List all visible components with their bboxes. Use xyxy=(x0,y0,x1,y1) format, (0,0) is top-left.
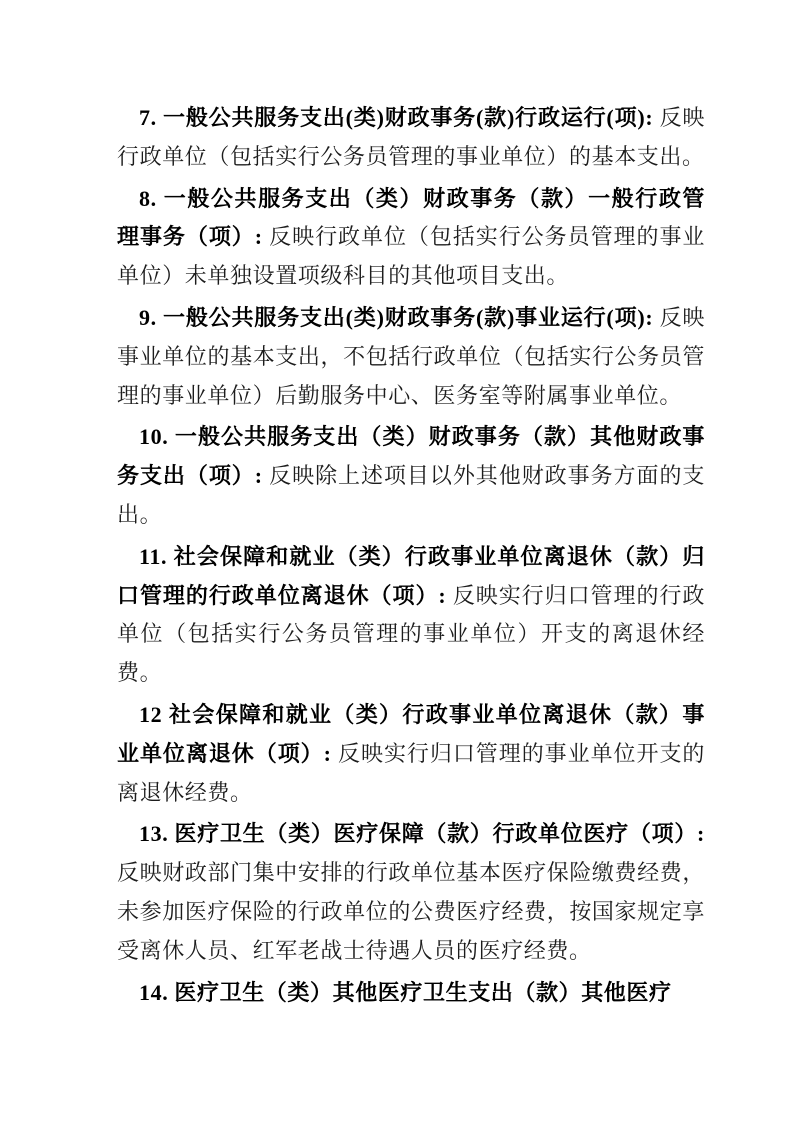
clause-description: 反映财政部门集中安排的行政单位基本医疗保险缴费经费，未参加医疗保险的行政单位的公… xyxy=(117,860,705,963)
budget-clause-paragraph: 9. 一般公共服务支出(类)财政事务(款)事业运行(项): 反映事业单位的基本支… xyxy=(117,299,705,415)
clause-heading: 14. 医疗卫生（类）其他医疗卫生支出（款）其他医疗 xyxy=(139,980,672,1005)
budget-clause-paragraph: 12 社会保障和就业（类）行政事业单位离退休（款）事业单位离退休（项）: 反映实… xyxy=(117,696,705,812)
clause-heading: 9. 一般公共服务支出(类)财政事务(款)事业运行(项): xyxy=(139,305,653,330)
budget-clause-paragraph: 11. 社会保障和就业（类）行政事业单位离退休（款）归口管理的行政单位离退休（项… xyxy=(117,538,705,693)
budget-clause-paragraph: 8. 一般公共服务支出（类）财政事务（款）一般行政管理事务（项）: 反映行政单位… xyxy=(117,180,705,296)
budget-clause-paragraph: 14. 医疗卫生（类）其他医疗卫生支出（款）其他医疗 xyxy=(117,974,705,1013)
document-page: 7. 一般公共服务支出(类)财政事务(款)行政运行(项): 反映行政单位（包括实… xyxy=(0,0,793,1122)
clause-heading: 7. 一般公共服务支出(类)财政事务(款)行政运行(项): xyxy=(139,105,653,130)
budget-clause-paragraph: 7. 一般公共服务支出(类)财政事务(款)行政运行(项): 反映行政单位（包括实… xyxy=(117,99,705,177)
clause-heading: 13. 医疗卫生（类）医疗保障（款）行政单位医疗（项）: xyxy=(139,821,705,846)
budget-clause-paragraph: 10. 一般公共服务支出（类）财政事务（款）其他财政事务支出（项）: 反映除上述… xyxy=(117,418,705,534)
budget-clause-list: 7. 一般公共服务支出(类)财政事务(款)行政运行(项): 反映行政单位（包括实… xyxy=(117,99,705,1015)
budget-clause-paragraph: 13. 医疗卫生（类）医疗保障（款）行政单位医疗（项）: 反映财政部门集中安排的… xyxy=(117,815,705,970)
